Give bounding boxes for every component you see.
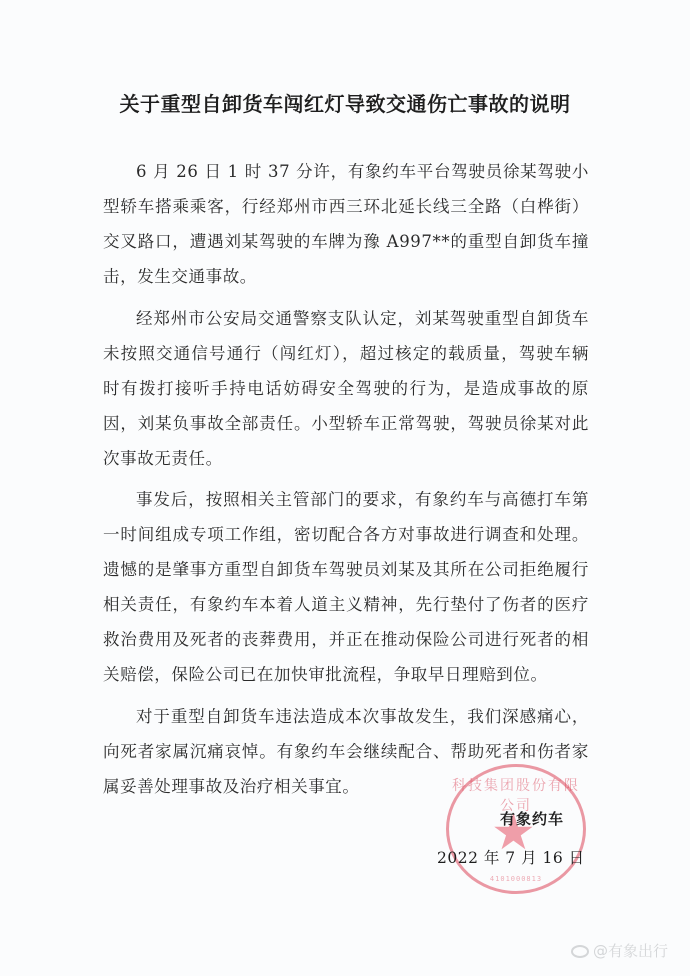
weibo-icon: [571, 945, 589, 958]
paragraph-text: 6 月 26 日 1 时 37 分许，有象约车平台驾驶员徐某驾驶小型轿车搭乘乘客…: [103, 154, 589, 294]
signature-date: 2022 年 7 月 16 日: [437, 846, 585, 868]
document-title: 关于重型自卸货车闯红灯导致交通伤亡事故的说明: [0, 88, 690, 117]
paragraph-1: 6 月 26 日 1 时 37 分许，有象约车平台驾驶员徐某驾驶小型轿车搭乘乘客…: [103, 154, 589, 294]
paragraph-text: 事发后，按照相关主管部门的要求，有象约车与高德打车第一时间组成专项工作组，密切配…: [103, 482, 589, 692]
weibo-watermark: @有象出行: [571, 940, 668, 961]
paragraph-2: 经郑州市公安局交通警察支队认定，刘某驾驶重型自卸货车未按照交通信号通行（闯红灯）…: [103, 301, 589, 476]
company-seal: 科技集团股份有限公司 ★ 4101000813: [446, 764, 586, 894]
paragraph-text: 经郑州市公安局交通警察支队认定，刘某驾驶重型自卸货车未按照交通信号通行（闯红灯）…: [103, 301, 589, 476]
watermark-text: @有象出行: [593, 942, 668, 960]
seal-code: 4101000813: [449, 875, 583, 883]
signer-name: 有象约车: [500, 808, 564, 829]
paragraph-3: 事发后，按照相关主管部门的要求，有象约车与高德打车第一时间组成专项工作组，密切配…: [103, 482, 589, 692]
